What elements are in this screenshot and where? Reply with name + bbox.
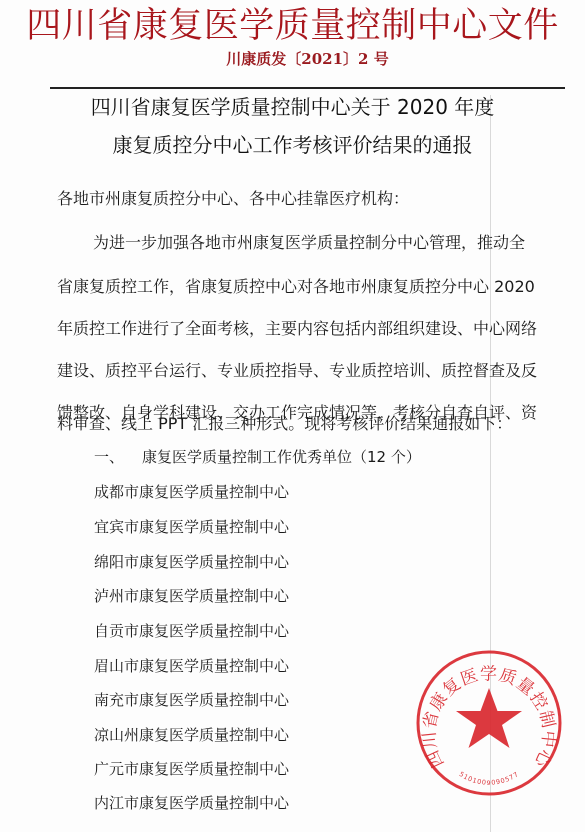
paragraph-line: 省康复质控工作，省康复质控中心对各地市州康复质控分中心 2020 <box>57 276 547 298</box>
notice-title-line-2: 康复质控分中心工作考核评价结果的通报 <box>0 131 585 159</box>
notice-title-line-1: 四川省康复医学质量控制中心关于 2020 年度 <box>0 93 585 121</box>
section-heading: 一、康复医学质量控制工作优秀单位（12 个） <box>94 446 421 468</box>
unit-list-item: 内江市康复医学质量控制中心 <box>94 793 289 813</box>
unit-list-item: 泸州市康复医学质量控制中心 <box>94 586 289 606</box>
unit-list-item: 广元市康复医学质量控制中心 <box>94 759 289 779</box>
paragraph-line: 料审查、线上 PPT 汇报三种形式。现将考核评价结果通报如下： <box>57 413 547 435</box>
svg-text:5101009090577: 5101009090577 <box>458 770 521 787</box>
section-number: 一、 <box>94 448 124 466</box>
unit-list-item: 绵阳市康复医学质量控制中心 <box>94 552 289 572</box>
unit-list-item: 成都市康复医学质量控制中心 <box>94 482 289 502</box>
unit-list-item: 南充市康复医学质量控制中心 <box>94 690 289 710</box>
document-header-title: 四川省康复医学质量控制中心文件 <box>0 4 585 48</box>
unit-list-item: 自贡市康复医学质量控制中心 <box>94 621 289 641</box>
paragraph-line: 建设、质控平台运行、专业质控指导、专业质控培训、质控督查及反 <box>57 360 547 382</box>
unit-list-item: 眉山市康复医学质量控制中心 <box>94 656 289 676</box>
header-divider <box>50 87 565 89</box>
paragraph-line: 为进一步加强各地市州康复医学质量控制分中心管理，推动全 <box>93 232 583 254</box>
unit-list-item: 凉山州康复医学质量控制中心 <box>94 725 289 745</box>
unit-list-item: 宜宾市康复医学质量控制中心 <box>94 517 289 537</box>
paragraph-line: 年质控工作进行了全面考核，主要内容包括内部组织建设、中心网络 <box>57 318 547 340</box>
document-number: 川康质发〔2021〕2 号 <box>0 48 585 70</box>
document-page: 四川省康复医学质量控制中心文件 川康质发〔2021〕2 号 四川省康复医学质量控… <box>0 0 585 832</box>
salutation: 各地市州康复质控分中心、各中心挂靠医疗机构： <box>57 188 409 210</box>
seal-star-icon <box>456 688 522 748</box>
section-title: 康复医学质量控制工作优秀单位（12 个） <box>142 448 421 466</box>
official-seal-icon: 四川省康复医学质量控制中心 5101009090577 <box>414 648 564 798</box>
